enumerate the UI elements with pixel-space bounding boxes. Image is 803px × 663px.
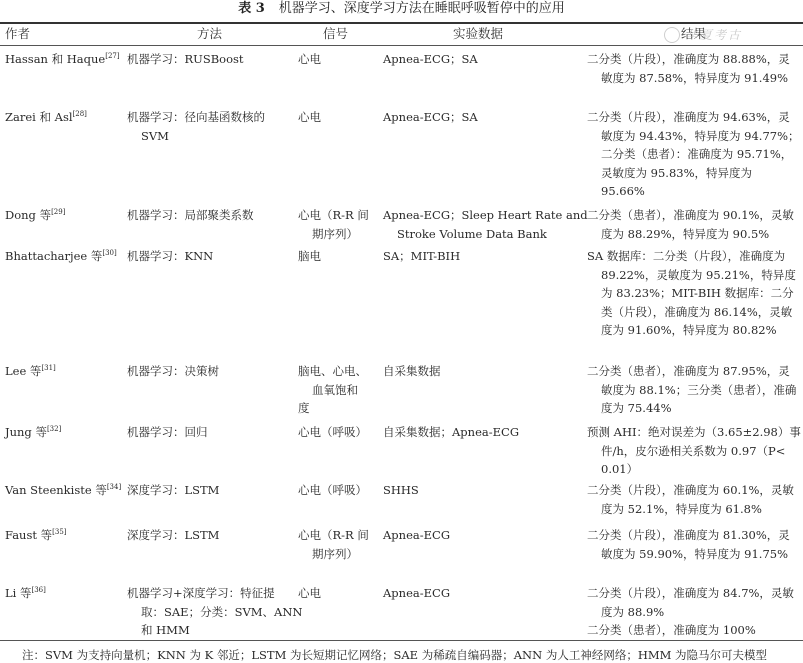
signal-line: 期序列） <box>298 545 369 564</box>
method-line: 取：SAE；分类：SVM、ANN <box>127 603 302 622</box>
result-line: 二分类（片段），准确度为 94.63%，灵 <box>587 108 800 127</box>
signal-line: 心电 <box>298 50 321 69</box>
result-line: 灵敏度为 95.83%，特异度为 <box>587 164 800 183</box>
cell-signal: 脑电、心电、血氧饱和度 <box>298 362 367 418</box>
result-line: 二分类（片段），准确度为 81.30%，灵 <box>587 526 790 545</box>
cell-method: 机器学习：决策树 <box>127 362 219 381</box>
bottom-rule <box>0 640 803 641</box>
signal-line: 血氧饱和 <box>298 381 367 400</box>
cell-method: 机器学习：径向基函数核的SVM <box>127 108 265 145</box>
header-rule <box>0 45 803 46</box>
result-line: 度为 75.44% <box>587 399 796 418</box>
signal-line: 脑电 <box>298 247 321 266</box>
cell-method: 机器学习：回归 <box>127 423 208 442</box>
signal-line: 心电（R-R 间 <box>298 206 369 225</box>
result-line: 敏度为 87.58%，特异度为 91.49% <box>587 69 790 88</box>
result-line: 二分类（患者）：准确度为 95.71%， <box>587 145 800 164</box>
method-line: 和 HMM <box>127 621 302 640</box>
reference-number: [30] <box>102 249 116 257</box>
author-name: Zarei 和 Asl <box>5 110 73 124</box>
result-line: 为 83.23%；MIT-BIH 数据库：二分 <box>587 284 796 303</box>
result-line: 类（片段），准确度为 86.14%，灵敏 <box>587 303 796 322</box>
cell-data: 自采集数据；Apnea-ECG <box>383 423 519 442</box>
cell-signal: 心电（R-R 间期序列） <box>298 526 369 563</box>
cell-result: 二分类（片段），准确度为 81.30%，灵敏度为 59.90%，特异度为 91.… <box>587 526 790 563</box>
method-line: 深度学习：LSTM <box>127 481 219 500</box>
data-line: SHHS <box>383 481 419 500</box>
cell-data: Apnea-ECG；SA <box>383 108 478 127</box>
result-line: 二分类（患者），准确度为 87.95%，灵 <box>587 362 796 381</box>
table-caption: 表 3机器学习、深度学习方法在睡眠呼吸暂停中的应用 <box>0 0 803 20</box>
cell-author: Zarei 和 Asl[28] <box>5 108 87 127</box>
cell-author: Dong 等[29] <box>5 206 65 225</box>
method-line: 机器学习：局部聚类系数 <box>127 206 254 225</box>
cell-method: 机器学习+深度学习：特征提取：SAE；分类：SVM、ANN和 HMM <box>127 584 302 640</box>
result-line: 0.01） <box>587 460 801 479</box>
result-line: 二分类（患者），准确度为 100% <box>587 621 794 640</box>
data-line: Apnea-ECG <box>383 584 450 603</box>
cell-result: SA 数据库：二分类（片段），准确度为89.22%，灵敏度为 95.21%，特异… <box>587 247 796 340</box>
cell-author: Van Steenkiste 等[34] <box>5 481 121 500</box>
signal-line: 心电（呼吸） <box>298 481 367 500</box>
header-author: 作者 <box>5 26 30 42</box>
author-name: Li 等 <box>5 586 31 600</box>
cell-signal: 心电（呼吸） <box>298 481 367 500</box>
author-name: Lee 等 <box>5 364 41 378</box>
signal-line: 期序列） <box>298 225 369 244</box>
result-line: SA 数据库：二分类（片段），准确度为 <box>587 247 796 266</box>
cell-data: Apnea-ECG <box>383 584 450 603</box>
signal-line: 心电（R-R 间 <box>298 526 369 545</box>
data-line: Apnea-ECG；SA <box>383 50 478 69</box>
result-line: 度为 91.60%，特异度为 80.82% <box>587 321 796 340</box>
author-name: Faust 等 <box>5 528 52 542</box>
cell-data: Apnea-ECG <box>383 526 450 545</box>
cell-data: Apnea-ECG；Sleep Heart Rate andStroke Vol… <box>383 206 588 243</box>
result-line: 89.22%，灵敏度为 95.21%，特异度 <box>587 266 796 285</box>
cell-signal: 脑电 <box>298 247 321 266</box>
reference-number: [28] <box>73 110 87 118</box>
reference-number: [32] <box>47 425 61 433</box>
header-method: 方法 <box>197 26 222 42</box>
result-line: 件/h，皮尔逊相关系数为 0.97（P< <box>587 442 801 461</box>
cell-result: 二分类（患者），准确度为 87.95%，灵敏度为 88.1%；三分类（患者），准… <box>587 362 796 418</box>
data-line: 自采集数据 <box>383 362 441 381</box>
result-line: 二分类（片段），准确度为 60.1%，灵敏 <box>587 481 794 500</box>
method-line: 机器学习：回归 <box>127 423 208 442</box>
data-line: Apnea-ECG <box>383 526 450 545</box>
method-line: 机器学习：KNN <box>127 247 213 266</box>
data-line: SA；MIT-BIH <box>383 247 460 266</box>
cell-author: Bhattacharjee 等[30] <box>5 247 117 266</box>
method-line: 深度学习：LSTM <box>127 526 219 545</box>
cell-author: Lee 等[31] <box>5 362 56 381</box>
data-line: 自采集数据；Apnea-ECG <box>383 423 519 442</box>
result-line: 二分类（患者），准确度为 90.1%，灵敏 <box>587 206 794 225</box>
cell-author: Faust 等[35] <box>5 526 67 545</box>
cell-method: 机器学习：局部聚类系数 <box>127 206 254 225</box>
cell-data: SA；MIT-BIH <box>383 247 460 266</box>
signal-line: 心电 <box>298 108 321 127</box>
cell-signal: 心电 <box>298 50 321 69</box>
cell-signal: 心电 <box>298 584 321 603</box>
cell-method: 机器学习：KNN <box>127 247 213 266</box>
cell-method: 机器学习：RUSBoost <box>127 50 244 69</box>
reference-number: [31] <box>41 364 55 372</box>
cell-author: Li 等[36] <box>5 584 46 603</box>
cell-data: SHHS <box>383 481 419 500</box>
cell-signal: 心电 <box>298 108 321 127</box>
cell-result: 预测 AHI：绝对误差为（3.65±2.98）事件/h，皮尔逊相关系数为 0.9… <box>587 423 801 479</box>
cell-author: Hassan 和 Haque[27] <box>5 50 120 69</box>
watermark: 华夏考古 <box>686 26 742 43</box>
table-number: 表 3 <box>238 1 265 16</box>
signal-line: 度 <box>298 399 367 418</box>
author-name: Jung 等 <box>5 425 47 439</box>
result-line: 二分类（片段），准确度为 88.88%，灵 <box>587 50 790 69</box>
reference-number: [36] <box>31 586 45 594</box>
result-line: 二分类（片段），准确度为 84.7%，灵敏 <box>587 584 794 603</box>
result-line: 敏度为 59.90%，特异度为 91.75% <box>587 545 790 564</box>
signal-line: 心电 <box>298 584 321 603</box>
method-line: 机器学习+深度学习：特征提 <box>127 584 302 603</box>
result-line: 预测 AHI：绝对误差为（3.65±2.98）事 <box>587 423 801 442</box>
method-line: 机器学习：决策树 <box>127 362 219 381</box>
cell-result: 二分类（片段），准确度为 60.1%，灵敏度为 52.1%，特异度为 61.8% <box>587 481 794 518</box>
result-line: 度为 88.29%，特异度为 90.5% <box>587 225 794 244</box>
cell-signal: 心电（呼吸） <box>298 423 367 442</box>
data-line: Apnea-ECG；SA <box>383 108 478 127</box>
data-line: Apnea-ECG；Sleep Heart Rate and <box>383 206 588 225</box>
cell-method: 深度学习：LSTM <box>127 481 219 500</box>
result-line: 95.66% <box>587 182 800 201</box>
author-name: Van Steenkiste 等 <box>5 483 107 497</box>
reference-number: [34] <box>107 483 121 491</box>
method-line: SVM <box>127 127 265 146</box>
cell-data: Apnea-ECG；SA <box>383 50 478 69</box>
reference-number: [27] <box>105 52 119 60</box>
header-data: 实验数据 <box>453 26 503 42</box>
table-footnote: 注：SVM 为支持向量机；KNN 为 K 邻近；LSTM 为长短期记忆网络；SA… <box>22 647 767 663</box>
header-signal: 信号 <box>323 26 348 42</box>
signal-line: 脑电、心电、 <box>298 362 367 381</box>
cell-author: Jung 等[32] <box>5 423 61 442</box>
reference-number: [35] <box>52 528 66 536</box>
cell-data: 自采集数据 <box>383 362 441 381</box>
cell-result: 二分类（片段），准确度为 88.88%，灵敏度为 87.58%，特异度为 91.… <box>587 50 790 87</box>
table-title: 机器学习、深度学习方法在睡眠呼吸暂停中的应用 <box>279 1 565 16</box>
result-line: 敏度为 88.1%；三分类（患者），准确 <box>587 381 796 400</box>
cell-signal: 心电（R-R 间期序列） <box>298 206 369 243</box>
cell-result: 二分类（患者），准确度为 90.1%，灵敏度为 88.29%，特异度为 90.5… <box>587 206 794 243</box>
result-line: 敏度为 94.43%，特异度为 94.77%； <box>587 127 800 146</box>
method-line: 机器学习：RUSBoost <box>127 50 244 69</box>
signal-line: 心电（呼吸） <box>298 423 367 442</box>
result-line: 度为 52.1%，特异度为 61.8% <box>587 500 794 519</box>
cell-result: 二分类（片段），准确度为 94.63%，灵敏度为 94.43%，特异度为 94.… <box>587 108 800 201</box>
cell-result: 二分类（片段），准确度为 84.7%，灵敏度为 88.9%二分类（患者），准确度… <box>587 584 794 640</box>
top-rule <box>0 22 803 24</box>
author-name: Bhattacharjee 等 <box>5 249 102 263</box>
result-line: 度为 88.9% <box>587 603 794 622</box>
author-name: Hassan 和 Haque <box>5 52 105 66</box>
author-name: Dong 等 <box>5 208 51 222</box>
cell-method: 深度学习：LSTM <box>127 526 219 545</box>
method-line: 机器学习：径向基函数核的 <box>127 108 265 127</box>
data-line: Stroke Volume Data Bank <box>383 225 588 244</box>
watermark-seal-icon <box>664 27 680 43</box>
reference-number: [29] <box>51 208 65 216</box>
